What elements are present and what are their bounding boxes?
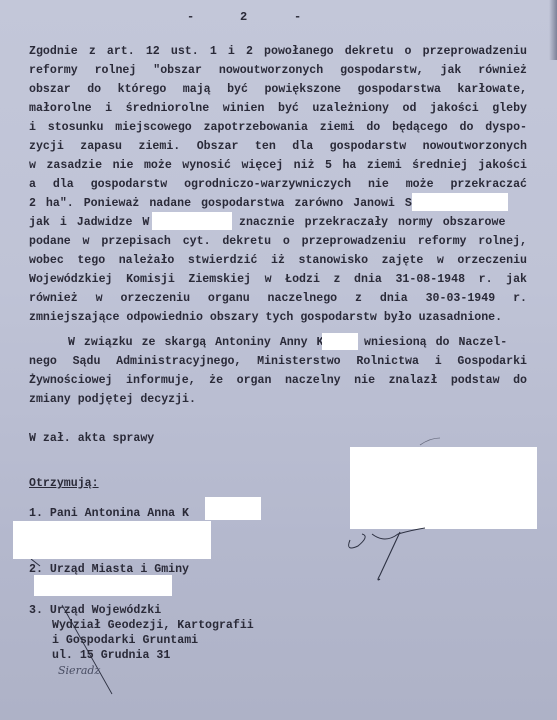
redaction-signature-block: [350, 447, 537, 529]
text-line: jak i Jadwidze W: [29, 216, 149, 230]
text-line: obszar do którego mają być powiększone g…: [29, 83, 527, 97]
redaction-surname-jan: [412, 193, 508, 211]
page-number: 2: [240, 10, 249, 24]
text-line: również w orzeczeniu organu naczelnego z…: [29, 292, 527, 306]
text-line: podane w przepisach cyt. dekretu o przep…: [29, 235, 527, 249]
text-line: w zasadzie nie może wynosić więcej niż 5…: [29, 159, 527, 173]
text-line: zmiany podjętej decyzji.: [29, 393, 196, 407]
recipient-3-line: Wydział Geodezji, Kartografii: [52, 619, 254, 633]
redaction-surname-antonina: [322, 333, 358, 350]
page-edge-shadow: [549, 0, 557, 60]
attachment-note: W zał. akta sprawy: [29, 432, 154, 446]
redaction-recipient-1-surname: [205, 497, 261, 520]
recipients-heading: Otrzymują:: [29, 477, 99, 491]
text-line: reformy rolnej "obszar nowoutworzonych g…: [29, 64, 527, 78]
text-line: znacznie przekraczały normy obszarowe: [239, 216, 505, 230]
text-line: W związku ze skargą Antoniny Anny K: [68, 336, 324, 350]
text-line: wobec tego należało stwierdzić iż stanow…: [29, 254, 527, 268]
text-line: i stosunku miejscowego zapotrzebowania z…: [29, 121, 527, 135]
text-line: nego Sądu Administracyjnego, Ministerstw…: [29, 355, 527, 369]
recipient-3-line: 3. Urząd Wojewódzki: [29, 604, 161, 618]
text-line: zycji zapasu ziemi. Obszar ten dla gospo…: [29, 140, 527, 154]
text-line: Żywnościowej informuje, że organ naczeln…: [29, 374, 527, 388]
text-line: małorolne i średniorolne winien być uzal…: [29, 102, 527, 116]
text-line: zmniejszające odpowiednio obszary tych g…: [29, 311, 527, 325]
redaction-recipient-2-address: [34, 575, 172, 596]
redaction-recipient-1-address: [13, 521, 211, 559]
text-line: Wojewódzkiej Komisji Ziemskiej w Łodzi z…: [29, 273, 527, 287]
recipient-1: 1. Pani Antonina Anna K: [29, 507, 189, 521]
recipient-3-line: ul. 15 Grudnia 31: [52, 649, 170, 663]
text-line: wniesioną do Naczel-: [364, 336, 507, 350]
text-line: Zgodnie z art. 12 ust. 1 i 2 powołanego …: [29, 45, 527, 59]
handwritten-city-note: Sieradz: [58, 664, 100, 678]
page-number-dash-left: -: [187, 10, 196, 24]
recipient-3-line: i Gospodarki Gruntami: [52, 634, 198, 648]
text-line: 2 ha". Ponieważ nadane gospodarstwa zaró…: [29, 197, 412, 211]
page-number-dash-right: -: [294, 10, 303, 24]
text-line: a dla gospodarstw ogrodniczo-warzywniczy…: [29, 178, 527, 192]
redaction-surname-jadwiga: [152, 212, 232, 230]
